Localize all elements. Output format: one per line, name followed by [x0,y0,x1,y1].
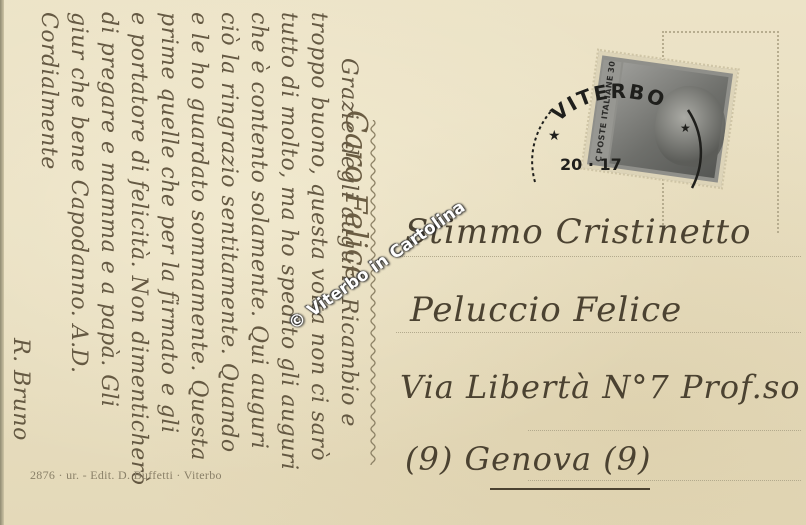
address-rule-4 [528,480,801,481]
message-line: tutto di molto, ma ho spedito gli auguri [276,12,301,470]
handwritten-message: Grazie degli auguri. Ricambio etroppo bu… [6,8,362,478]
postmark-star-left: ★ [548,128,561,144]
message-line: e le ho guardato sommamente. Questa [186,12,211,461]
message-line: e portatore di felicità. Non dimenticher… [126,12,151,486]
card-edge [0,0,4,525]
message-line: che è contento solamente. Qui auguri [246,12,271,449]
message-line: Cordialmente [36,12,61,170]
address-rule-3 [528,430,801,431]
postmark-city: VITERBO [546,79,669,126]
message-line: troppo buono, questa volta non ci sarò [306,12,331,461]
postmark: VITERBO ★ ★ 20 · 17 [520,70,720,200]
svg-text:VITERBO: VITERBO [546,79,669,126]
city-underline [490,488,650,490]
postmark-star-right: ★ [680,121,691,135]
message-line: di pregare e mamma e a papà. Gli [96,12,121,407]
wavy-divider [366,120,380,465]
postcard-back: Grazie degli auguri. Ricambio etroppo bu… [0,0,806,525]
address-rule-1 [396,256,801,257]
address-line-2: Peluccio Felice [410,290,682,330]
message-line: ciò la ringrazio sentitamente. Quando [216,12,241,453]
publisher-imprint: 2876 · ur. - Edit. D. Buffetti · Viterbo [30,468,222,483]
message-line: giur che bene Capodanno. A.D. [66,12,91,373]
address-line-3: Via Libertà N°7 Prof.so [400,368,801,406]
postmark-date: 20 · 17 [560,155,622,174]
message-line: prime quelle che per la firmato e gli [156,12,181,434]
address-line-4: (9) Genova (9) [405,440,652,478]
signature: R. Bruno [8,338,33,441]
address-rule-2 [396,332,801,333]
